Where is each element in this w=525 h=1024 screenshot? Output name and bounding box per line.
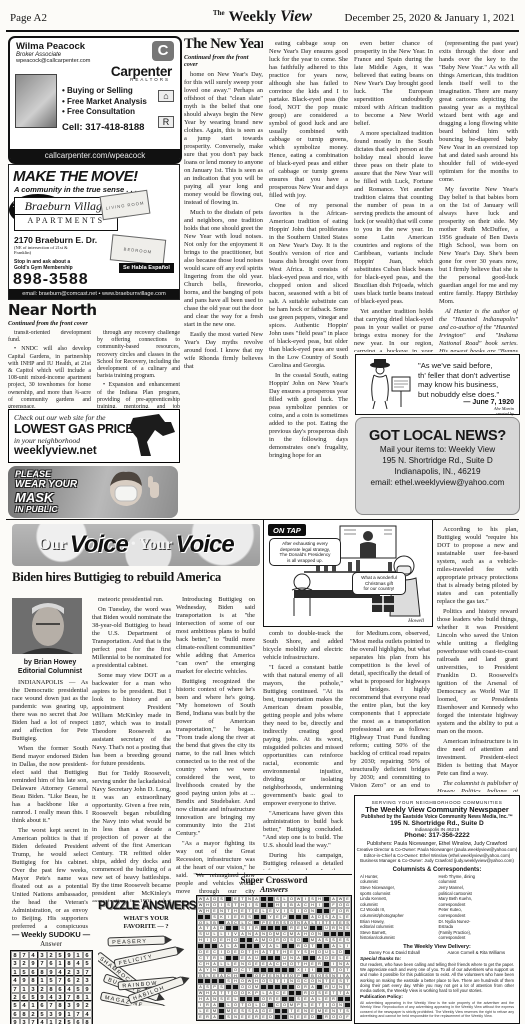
sudoku-cell: 3 xyxy=(65,1001,74,1009)
new-year-column-3: even better chance of prosperity in the … xyxy=(354,40,433,352)
columnist-entry: Al Hunter, columnist xyxy=(360,874,397,885)
ad-headline: MAKE THE MOVE! xyxy=(13,168,179,185)
sudoku-cell: 3 xyxy=(74,968,83,976)
sudoku-cell: 2 xyxy=(83,1001,92,1009)
sudoku-cell: 1 xyxy=(83,993,92,1001)
crossword-cell xyxy=(281,1014,288,1020)
sudoku-cell: 2 xyxy=(20,959,29,967)
puzzle-answers-title: PUZZLE ANSWERS xyxy=(98,900,194,912)
sudoku-cell: 6 xyxy=(83,951,92,959)
cartoonist-signature: Howell xyxy=(408,618,424,624)
quote-line: but nobuddy else does." xyxy=(418,390,514,400)
sudoku-cell: 2 xyxy=(56,1018,65,1024)
sudoku-cell: 7 xyxy=(29,1018,38,1024)
article-column: According to his plan, Buttigieg would "… xyxy=(437,526,518,778)
sudoku-cell: 8 xyxy=(38,968,47,976)
sudoku-cell: 1 xyxy=(65,1010,74,1018)
paragraph: During his campaign, Buttigieg released … xyxy=(263,852,343,870)
sudoku-cell: 9 xyxy=(83,985,92,993)
crossword-cell: E xyxy=(260,1014,267,1020)
sudoku-cell: 7 xyxy=(20,951,29,959)
paragraph: meteoric presidential run. xyxy=(92,596,171,604)
article-column: home on New Year's Day, for this will su… xyxy=(184,71,263,371)
comic-title: ON TAP xyxy=(268,524,306,536)
paragraph: On Tuesday, the word was that Biden woul… xyxy=(92,606,171,670)
realtor-photo xyxy=(15,74,57,128)
gas-prices-ad: Check out our web site for the LOWEST GA… xyxy=(8,409,180,463)
sudoku-cell: 3 xyxy=(20,1018,29,1024)
ad-address-detail: (NE of intersection of 21st & Franklin) xyxy=(14,245,84,256)
paragraph: Some may view DOT as a backwater for a m… xyxy=(92,672,171,768)
crossword-subtitle: Answers xyxy=(196,885,352,894)
crossword-cell: O xyxy=(337,1014,344,1020)
sudoku-cell: 5 xyxy=(65,1018,74,1024)
paragraph: • NNDC will also develop Capital Gardens… xyxy=(8,346,91,408)
sudoku-cell: 8 xyxy=(29,976,38,984)
paragraph: "Americans have given this administratio… xyxy=(263,810,343,850)
article-column: through any recovery challenge by offeri… xyxy=(97,330,180,408)
puzzle-theme-line: FAVORITE — ? xyxy=(123,923,168,930)
new-year-column-4: (representing the past year) exits throu… xyxy=(439,40,518,352)
sudoku-cell: 3 xyxy=(38,951,47,959)
sudoku-cell: 2 xyxy=(38,985,47,993)
columnists-columns: Al Hunter, columnistSteve Nicewanger, sp… xyxy=(355,873,519,942)
masthead-weekly: Weekly xyxy=(229,9,277,25)
got-news-email: email: ethel.weeklyview@yahoo.com xyxy=(356,477,519,488)
got-news-line: Mail your items to: Weekly View xyxy=(356,444,519,455)
paragraph: INDIANAPOLIS — As the Democratic preside… xyxy=(12,679,88,743)
columnist-entry: CJ Woods III, columnist/photographer xyxy=(360,907,397,918)
sudoku-cell: 2 xyxy=(29,1010,38,1018)
sudoku-cell: 3 xyxy=(29,985,38,993)
publication-masthead-box: SERVING YOUR NEIGHBORHOOD COMMUNITIES Th… xyxy=(354,795,520,1024)
newspaper-page: Page A2 The Weekly View December 25, 202… xyxy=(0,0,525,1024)
sudoku-cell: 1 xyxy=(11,968,20,976)
sudoku-cell: 7 xyxy=(38,959,47,967)
pencil-word: PEASERY xyxy=(108,936,172,946)
paragraph: through any recovery challenge by offeri… xyxy=(97,330,180,380)
sudoku-cell: 8 xyxy=(74,993,83,1001)
crossword-cell: F xyxy=(344,1014,351,1020)
sudoku-cell: 9 xyxy=(47,968,56,976)
svg-text:PEASERY: PEASERY xyxy=(112,939,147,946)
sudoku-cell: 1 xyxy=(74,951,83,959)
sudoku-cell: 8 xyxy=(83,1018,92,1024)
columnist-entry: Herb Thyme, dining columnist xyxy=(439,874,476,885)
paragraph: transit-oriented development fund. xyxy=(8,330,91,344)
sudoku-cell: 2 xyxy=(11,993,20,1001)
quote-line: "As we've said before, xyxy=(418,361,514,371)
sudoku-cell: 6 xyxy=(20,993,29,1001)
paragraph: Buttigieg recognized the historic contex… xyxy=(176,678,255,838)
speech-bubble: After exhausting everydesperate legal st… xyxy=(269,538,341,566)
editorial-headline: Biden hires Buttigieg to rebuild America xyxy=(12,570,262,585)
text-line: is all wrapped up. xyxy=(272,558,338,564)
paragraph: (representing the past year) exits throu… xyxy=(439,40,518,184)
sudoku-cell: 1 xyxy=(47,1018,56,1024)
article-title: The New Year xyxy=(184,36,263,53)
policy-paragraph: All advertising appearing in the Weekly … xyxy=(355,1000,519,1019)
abe-martin-cartoon xyxy=(360,357,412,411)
owners-list: Creative Director & Co-Owner: Paula Nice… xyxy=(355,847,519,864)
crossword-cell: E xyxy=(246,1014,253,1020)
paragraph: Much to the disdain of pets and neighbor… xyxy=(184,209,263,329)
masthead-view: View xyxy=(280,8,312,25)
sudoku-cell: 4 xyxy=(38,1018,47,1024)
crossword-cell: E xyxy=(197,1014,204,1020)
on-tap-comic: ON TAP After exhausting everydesperate l… xyxy=(263,519,433,627)
sudoku-cell: 6 xyxy=(47,959,56,967)
text-line: What a wonderful xyxy=(355,575,403,581)
paragraph: The worst kept secret in American politi… xyxy=(12,827,88,930)
sudoku-cell: 7 xyxy=(65,993,74,1001)
banner-word: Our xyxy=(38,536,66,554)
paragraph: home on New Year's Day, for this will su… xyxy=(184,71,263,207)
carpenter-brand-sub: REALTORS xyxy=(130,77,170,82)
crossword-cell: N xyxy=(232,1014,239,1020)
ad-bullet-list: • Buying or Selling • Free Market Analys… xyxy=(62,86,147,118)
realtor-phone: Cell: 317-418-8188 xyxy=(62,122,144,133)
paragraph: for Medium.com, observed, "Most media ou… xyxy=(350,630,430,790)
columnist-entry: Steve Nicewanger, sports columnist xyxy=(360,885,397,896)
date-line: December 25, 2020 & January 1, 2021 xyxy=(345,12,515,24)
biden-column-2: meteoric presidential run.On Tuesday, th… xyxy=(92,596,171,902)
sudoku-title: — Weekly SUDOKU — xyxy=(8,930,94,939)
paragraph: eating cabbage soup on New Year's Day en… xyxy=(269,40,348,200)
ad-contact-bar: email: braeburn@comcast.net • www.braebu… xyxy=(9,289,179,299)
sudoku-cell: 3 xyxy=(83,976,92,984)
crossword-cell: S xyxy=(225,1014,232,1020)
our-voice-banner: Our Voice • Your Voice xyxy=(12,524,260,566)
columnist-entry: Peter Kuteo, correspondent xyxy=(439,907,476,918)
crossword-cell: R xyxy=(323,1014,330,1020)
sudoku-cell: 1 xyxy=(29,1001,38,1009)
sudoku-cell: 6 xyxy=(38,1001,47,1009)
crossword-answers-block: Super Crossword Answers WAGSETNASLOWISHA… xyxy=(196,874,352,1021)
paragraph: Yet another tradition holds that carryin… xyxy=(354,308,433,352)
got-news-line: 195 N. Shortridge Rd., Suite D xyxy=(356,455,519,466)
banner-voice: Voice xyxy=(70,531,128,559)
sudoku-cell: 4 xyxy=(65,985,74,993)
near-north-article: Near North Continued from the front cove… xyxy=(8,301,180,405)
crossword-cell: R xyxy=(253,1014,260,1020)
crossword-title: Super Crossword xyxy=(196,874,352,885)
columnist-entry: Linda Kennett, columnist xyxy=(360,896,397,907)
mask-psa-line3: MASK xyxy=(15,490,53,505)
ad-bullet: • Free Market Analysis xyxy=(62,97,147,108)
columnist-entry: Jerry Mannel, political cartoonist xyxy=(439,885,476,896)
sudoku-cell: 5 xyxy=(20,968,29,976)
sudoku-cell: 9 xyxy=(56,1010,65,1018)
banner-dot: • xyxy=(131,537,136,553)
sudoku-cell: 4 xyxy=(11,976,20,984)
paragraph: Al Hunter is the author of the "Haunted … xyxy=(439,308,518,352)
moving-box-bedroom: BEDROOM xyxy=(110,234,166,266)
sudoku-cell: 1 xyxy=(56,959,65,967)
sudoku-cell: 8 xyxy=(11,951,20,959)
sudoku-cell: 9 xyxy=(65,951,74,959)
sudoku-cell: 5 xyxy=(74,985,83,993)
article-title: Near North xyxy=(8,301,180,319)
mask-psa-line4: IN PUBLIC xyxy=(15,504,58,514)
sudoku-cell: 5 xyxy=(29,993,38,1001)
sudoku-cell: 7 xyxy=(11,985,20,993)
sudoku-cell: 8 xyxy=(65,959,74,967)
crossword-cell: R xyxy=(204,1014,211,1020)
carpenter-realtor-ad: Wilma Peacock Broker Associate wpeacock@… xyxy=(8,36,182,164)
paragraph: Easily the most varied New Year's Day my… xyxy=(184,331,263,371)
sudoku-cell: 4 xyxy=(74,959,83,967)
sudoku-cell: 7 xyxy=(74,1010,83,1018)
carpenter-logo-icon: C xyxy=(152,41,174,61)
ad-bullet: • Free Consultation xyxy=(62,107,147,118)
sudoku-cell: 6 xyxy=(74,1018,83,1024)
sudoku-cell: 5 xyxy=(56,951,65,959)
sudoku-cell: 6 xyxy=(65,976,74,984)
crossword-cell: E xyxy=(295,1014,302,1020)
quote-date: — June 7, 1920 xyxy=(418,399,514,406)
sudoku-cell: 9 xyxy=(38,993,47,1001)
biden-column-5: for Medium.com, observed, "Most media ou… xyxy=(350,630,430,790)
publication-address: 195 N. Shortridge Rd., Suite D xyxy=(355,820,519,827)
sudoku-cell: 4 xyxy=(29,951,38,959)
puzzle-theme-line: WHAT'S YOUR xyxy=(123,915,168,922)
paragraph: A more specialized tradition found mostl… xyxy=(354,130,433,306)
sudoku-cell: 2 xyxy=(65,968,74,976)
sudoku-cell: 4 xyxy=(83,1010,92,1018)
mask-psa-line2: WEAR YOUR xyxy=(15,479,77,490)
columnists-left: Al Hunter, columnistSteve Nicewanger, sp… xyxy=(360,874,435,941)
ad-bullet: • Buying or Selling xyxy=(62,86,147,97)
masked-woman-photo xyxy=(92,468,162,518)
paragraph: comb to double-track the South Shore, an… xyxy=(263,630,343,662)
got-local-news-box: GOT LOCAL NEWS? Mail your items to: Week… xyxy=(355,417,520,515)
speech-bubble: What a wonderfulChristmas giftfor our co… xyxy=(352,572,406,595)
article-column: INDIANAPOLIS — As the Democratic preside… xyxy=(12,679,88,930)
paragraph: American infrastructure is in dire need … xyxy=(437,738,518,778)
crossword-cell: E xyxy=(239,1014,246,1020)
delivery-names: Danny Fox & David Edsall Aaron Cornell &… xyxy=(355,950,519,955)
masthead-the: The xyxy=(213,9,225,17)
columnists-right: Herb Thyme, dining columnistJerry Mannel… xyxy=(439,874,514,941)
paragraph: One of my personal favorites is the Afri… xyxy=(269,202,348,370)
crossword-cell: N xyxy=(288,1014,295,1020)
pencil-word: FELICITY xyxy=(114,945,185,968)
crossword-cell xyxy=(218,1014,225,1020)
columnist-entry: Dr. Nydia Nunez-Estrada xyxy=(439,919,476,930)
columnist-entry: Brian Howey, editorial columnist xyxy=(360,919,397,930)
text-line: Creative Director & Co-Owner: Paula Nice… xyxy=(355,847,519,853)
article-column: transit-oriented development fund.• NNDC… xyxy=(8,330,91,408)
paragraph: even better chance of prosperity in the … xyxy=(354,40,433,128)
house-icon: ⌂ xyxy=(158,90,174,102)
realtor-r-icon: R xyxy=(158,116,174,128)
ad-subheadline: A community in the true sense . . . xyxy=(14,185,179,194)
paper-name: The Weekly View Community Newspaper xyxy=(355,805,519,814)
sudoku-grid: 8743259163297618451568942374981576237132… xyxy=(10,950,93,1024)
sudoku-subtitle: Answer xyxy=(8,940,94,948)
biden-column-1: by Brian Howey Editorial Columnist INDIA… xyxy=(12,598,88,930)
sudoku-cell: 1 xyxy=(38,976,47,984)
word-scramble-graphic: PEASERYSHAMROCKFELICITYBUCKEYERAINBOWMAG… xyxy=(98,930,194,1006)
sudoku-cell: 1 xyxy=(20,985,29,993)
article-column: (representing the past year) exits throu… xyxy=(439,40,518,306)
columnist-bio: The columnist is publisher of Howey Poli… xyxy=(437,780,518,792)
sudoku-cell: 5 xyxy=(47,976,56,984)
paragraph: But for Teddy Roosevelt, serving under t… xyxy=(92,770,171,902)
crossword-cell: A xyxy=(211,1014,218,1020)
crossword-cell: D xyxy=(309,1014,316,1020)
quote-line: th' feller that don't advertise xyxy=(418,371,514,381)
paragraph: When the former South Bend mayor endorse… xyxy=(12,745,88,825)
brian-howey-photo xyxy=(12,598,82,654)
sudoku-cell: 8 xyxy=(47,985,56,993)
gas-nozzle-icon xyxy=(125,412,177,458)
biden-column-4: comb to double-track the South Shore, an… xyxy=(263,630,343,870)
gym-membership-note: Stop in and ask about a Gold's Gym Membe… xyxy=(14,259,80,271)
biden-column-6: According to his plan, Buttigieg would "… xyxy=(437,526,518,792)
sudoku-cell: 2 xyxy=(47,951,56,959)
sudoku-cell: 4 xyxy=(20,1001,29,1009)
columnist-entry: Steve Barnett, historian/columnist xyxy=(360,930,397,941)
sudoku-cell: 6 xyxy=(11,1010,20,1018)
banner-voice: Voice xyxy=(176,531,234,559)
crossword-cell xyxy=(274,1014,281,1020)
new-year-column-1: The New Year Continued from the front co… xyxy=(184,36,263,516)
ad-address: 2170 Braeburn E. Dr. xyxy=(14,235,97,245)
paragraph: My favorite New Year's Day belief is tha… xyxy=(439,186,518,306)
author-bio: Al Hunter is the author of the "Haunted … xyxy=(439,308,518,352)
sudoku-cell: 3 xyxy=(47,1010,56,1018)
sudoku-cell: 9 xyxy=(29,959,38,967)
wear-mask-psa: PLEASE WEAR YOUR MASK IN PUBLIC xyxy=(8,466,178,518)
new-year-column-2: eating cabbage soup on New Year's Day en… xyxy=(269,40,348,516)
delivery-name: Aaron Cornell & Rita Williams xyxy=(448,950,506,955)
crossword-grid: WAGSETNASLOWISHAWEWHOISTHISHIBACHIFOGWHE… xyxy=(196,895,352,1021)
banner-word: Your xyxy=(139,536,173,554)
sudoku-cell: 3 xyxy=(56,993,65,1001)
puzzle-theme: WHAT'S YOUR FAVORITE — ? xyxy=(98,915,194,930)
byline: by Brian Howey Editorial Columnist xyxy=(12,659,88,676)
paragraph: "I faced a constant battle with that nat… xyxy=(263,664,343,808)
got-news-line: Indianapolis, IN., 46219 xyxy=(356,466,519,477)
sudoku-cell: 5 xyxy=(83,959,92,967)
byline-name: by Brian Howey xyxy=(12,659,88,668)
header-rule xyxy=(6,30,519,32)
sudoku-cell: 3 xyxy=(11,959,20,967)
biden-column-3: Introducing Buttigieg on Wednesday, Bide… xyxy=(176,596,255,896)
sudoku-cell: 7 xyxy=(56,976,65,984)
braeburn-apartments-ad: MAKE THE MOVE! A community in the true s… xyxy=(8,164,180,300)
sudoku-cell: 6 xyxy=(29,968,38,976)
byline-title: Editorial Columnist xyxy=(12,668,88,677)
crossword-cell: D xyxy=(267,1014,274,1020)
continued-note: Continued from the front cover xyxy=(184,54,263,68)
realtor-website: callcarpenter.com/wpeacock xyxy=(10,149,180,162)
puzzle-answers-block: PUZZLE ANSWERS WHAT'S YOUR FAVORITE — ? … xyxy=(98,900,194,1011)
sudoku-cell: 5 xyxy=(11,1001,20,1009)
paragraph: • Expansion and enhancement of the India… xyxy=(97,382,180,408)
continued-note: Continued from the front cover xyxy=(8,320,180,327)
paragraph: In the coastal South, eating Hoppin' Joh… xyxy=(269,372,348,460)
sudoku-cell: 9 xyxy=(74,1001,83,1009)
sudoku-answer-block: — Weekly SUDOKU — Answer 874325916329761… xyxy=(8,930,94,1024)
sudoku-cell: 8 xyxy=(56,1001,65,1009)
se-habla-espanol-badge: Se Habla Español xyxy=(119,263,174,273)
paragraph: According to his plan, Buttigieg would "… xyxy=(437,526,518,606)
paragraph: Introducing Buttigieg on Wednesday, Bide… xyxy=(176,596,255,676)
ad-phone: 898-3588 xyxy=(13,271,89,289)
paragraph: Politics and history reward those leader… xyxy=(437,608,518,736)
moving-box-living-room: LIVING ROOM xyxy=(100,190,151,220)
text-line: Business Manager & Co-Owner: Judy Crawfo… xyxy=(355,858,519,864)
delivery-name: Danny Fox & David Edsall xyxy=(369,950,420,955)
sudoku-cell: 4 xyxy=(47,993,56,1001)
paragraph: The columnist is publisher of Howey Poli… xyxy=(437,780,518,792)
thanks-paragraph: Our readers, who have been calling and t… xyxy=(355,962,519,993)
text-line: for our country! xyxy=(355,586,403,592)
mask-psa-line1: PLEASE xyxy=(15,469,51,479)
quote-line: may know his business, xyxy=(418,380,514,390)
sudoku-cell: 5 xyxy=(38,1010,47,1018)
sudoku-cell: 6 xyxy=(56,985,65,993)
sudoku-cell: 9 xyxy=(20,976,29,984)
got-news-title: GOT LOCAL NEWS? xyxy=(356,428,519,444)
sudoku-cell: 7 xyxy=(83,968,92,976)
sudoku-cell: 8 xyxy=(20,1010,29,1018)
sudoku-cell: 7 xyxy=(47,1001,56,1009)
abe-martin-quote-box: "As we've said before, th' feller that d… xyxy=(355,354,520,415)
crossword-cell xyxy=(316,1014,323,1020)
crossword-cell: O xyxy=(330,1014,337,1020)
publication-phone: Phone: 317-356-2222 xyxy=(355,832,519,839)
sudoku-cell: 9 xyxy=(11,1018,20,1024)
sudoku-cell: 4 xyxy=(56,968,65,976)
text-line: The Donald's Presidency xyxy=(272,552,338,558)
columnist-entry: (Family Practice), correspondent xyxy=(439,930,476,941)
sudoku-cell: 2 xyxy=(74,976,83,984)
columnist-entry: Mary Beth Kuehn, correspondent xyxy=(439,896,476,907)
crossword-cell: E xyxy=(302,1014,309,1020)
